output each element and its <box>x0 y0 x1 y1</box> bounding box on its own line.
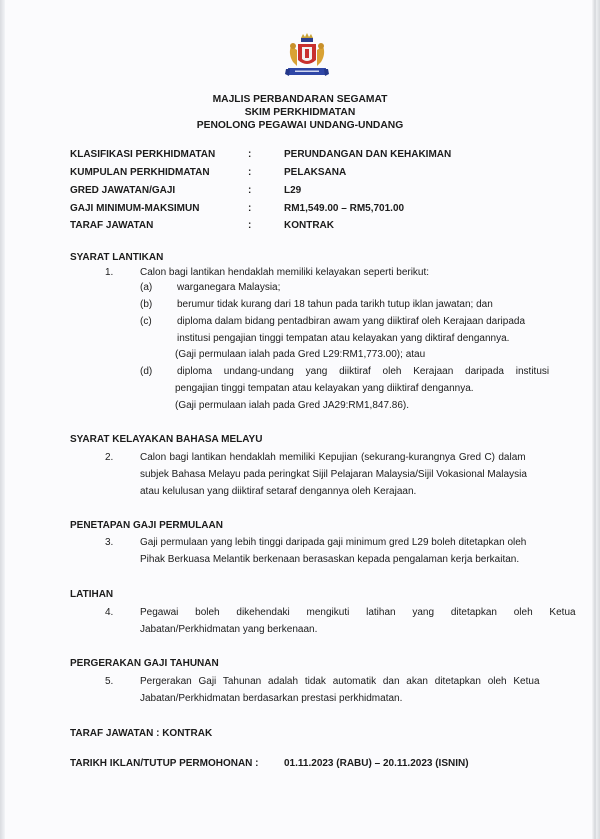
section-title: SYARAT KELAYAKAN BAHASA MELAYU <box>70 434 262 445</box>
item-number: 1. <box>105 267 113 278</box>
item-text: Gaji permulaan yang lebih tinggi daripad… <box>140 537 526 548</box>
item-text: atau kelulusan yang diiktiraf setaraf de… <box>140 486 416 497</box>
tarikh-value: 01.11.2023 (RABU) – 20.11.2023 (ISNIN) <box>284 758 469 769</box>
info-separator: : <box>248 149 251 160</box>
item-text: Pegawai boleh dikehendaki mengikuti lati… <box>140 607 576 618</box>
subitem-text: pengajian tinggi tempatan atau kelayakan… <box>175 383 474 394</box>
info-value: RM1,549.00 – RM5,701.00 <box>284 203 404 214</box>
council-name: MAJLIS PERBANDARAN SEGAMAT <box>0 94 600 105</box>
section-title: PERGERAKAN GAJI TAHUNAN <box>70 658 219 669</box>
info-separator: : <box>248 220 251 231</box>
info-label: KLASIFIKASI PERKHIDMATAN <box>70 149 215 160</box>
info-separator: : <box>248 185 251 196</box>
item-text: Pihak Berkuasa Melantik berkenaan berasa… <box>140 554 519 565</box>
item-number: 5. <box>105 676 113 687</box>
subitem-text: diploma undang-undang yang diiktiraf ole… <box>177 366 549 377</box>
item-text: Jabatan/Perkhidmatan berdasarkan prestas… <box>140 693 402 704</box>
info-label: TARAF JAWATAN <box>70 220 153 231</box>
tarikh-label: TARIKH IKLAN/TUTUP PERMOHONAN : <box>70 758 259 769</box>
info-label: KUMPULAN PERKHIDMATAN <box>70 167 210 178</box>
subitem-label: (b) <box>140 299 152 310</box>
info-separator: : <box>248 203 251 214</box>
section-title: PENETAPAN GAJI PERMULAAN <box>70 520 223 531</box>
info-value: L29 <box>284 185 301 196</box>
subitem-text: warganegara Malaysia; <box>177 282 280 293</box>
subitem-label: (a) <box>140 282 152 293</box>
subitem-text: (Gaji permulaan ialah pada Gred L29:RM1,… <box>175 349 425 360</box>
item-text: Jabatan/Perkhidmatan yang berkenaan. <box>140 624 317 635</box>
info-separator: : <box>248 167 251 178</box>
subitem-label: (d) <box>140 366 152 377</box>
info-value: PELAKSANA <box>284 167 346 178</box>
info-value: KONTRAK <box>284 220 334 231</box>
item-number: 4. <box>105 607 113 618</box>
item-text: subjek Bahasa Melayu pada peringkat Siji… <box>140 469 527 480</box>
taraf-jawatan: TARAF JAWATAN : KONTRAK <box>70 728 212 739</box>
item-text: Calon bagi lantikan hendaklah memiliki K… <box>140 452 526 463</box>
item-number: 2. <box>105 452 113 463</box>
subitem-text: diploma dalam bidang pentadbiran awam ya… <box>177 316 525 327</box>
scheme-title: SKIM PERKHIDMATAN <box>0 107 600 118</box>
info-label: GRED JAWATAN/GAJI <box>70 185 175 196</box>
item-text: Calon bagi lantikan hendaklah memiliki k… <box>140 267 429 278</box>
position-title: PENOLONG PEGAWAI UNDANG-UNDANG <box>0 120 600 131</box>
subitem-label: (c) <box>140 316 152 327</box>
item-text: Pergerakan Gaji Tahunan adalah tidak aut… <box>140 676 540 687</box>
subitem-text: berumur tidak kurang dari 18 tahun pada … <box>177 299 493 310</box>
section-title: SYARAT LANTIKAN <box>70 252 163 263</box>
coat-of-arms-icon <box>285 32 329 82</box>
section-title: LATIHAN <box>70 589 113 600</box>
info-value: PERUNDANGAN DAN KEHAKIMAN <box>284 149 451 160</box>
item-number: 3. <box>105 537 113 548</box>
info-label: GAJI MINIMUM-MAKSIMUN <box>70 203 199 214</box>
subitem-text: institusi pengajian tinggi tempatan atau… <box>177 333 509 344</box>
subitem-text: (Gaji permulaan ialah pada Gred JA29:RM1… <box>175 400 409 411</box>
